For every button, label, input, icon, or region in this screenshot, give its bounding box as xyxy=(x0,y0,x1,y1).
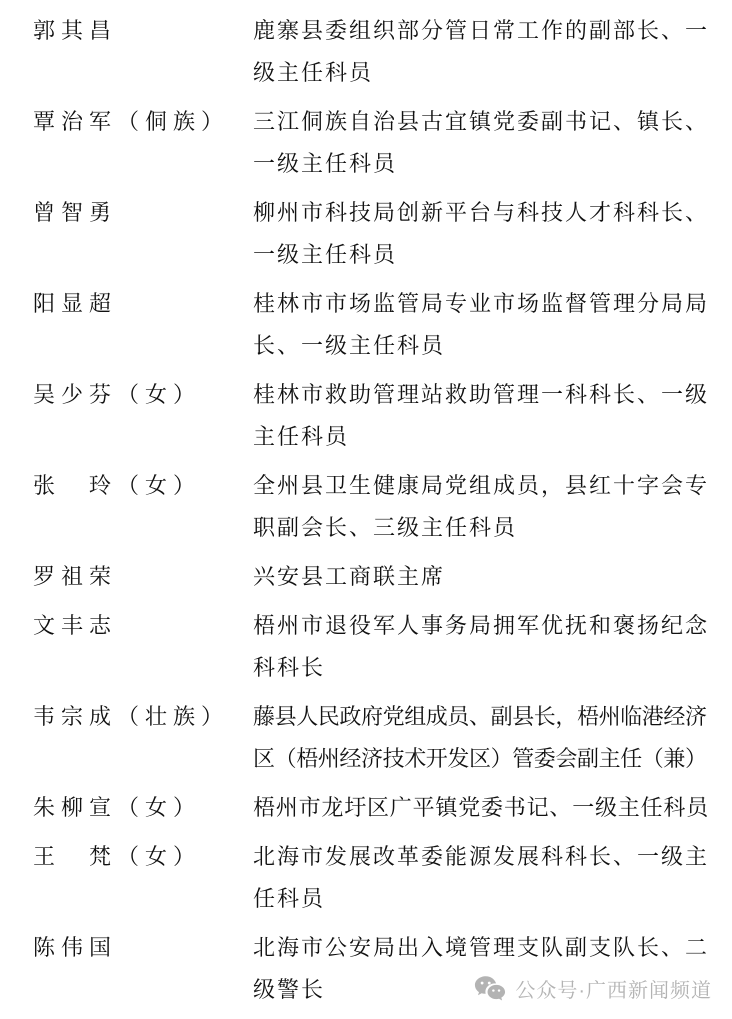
person-position: 桂林市救助管理站救助管理一科科长、一级主任科员 xyxy=(253,374,709,458)
position-line: 鹿寨县委组织部分管日常工作的副部长、一 xyxy=(253,10,709,52)
watermark: 公众号·广西新闻频道 xyxy=(474,974,712,1003)
roster-entry: 覃治军（侗族） 三江侗族自治县古宜镇党委副书记、镇长、一级主任科员 xyxy=(33,101,709,185)
person-position: 梧州市龙圩区广平镇党委书记、一级主任科员 xyxy=(253,787,709,829)
person-position: 三江侗族自治县古宜镇党委副书记、镇长、一级主任科员 xyxy=(253,101,709,185)
position-line: 北海市公安局出入境管理支队副支队长、二 xyxy=(253,927,709,969)
roster-entry: 阳显超 桂林市市场监管局专业市场监督管理分局局长、一级主任科员 xyxy=(33,283,709,367)
person-name: 曾智勇 xyxy=(33,192,253,234)
position-line: 梧州市退役军人事务局拥军优抚和褒扬纪念 xyxy=(253,605,709,647)
person-name: 罗祖荣 xyxy=(33,556,253,598)
roster-list: 郭其昌 鹿寨县委组织部分管日常工作的副部长、一级主任科员 覃治军（侗族） 三江侗… xyxy=(33,10,709,1011)
document-page: 郭其昌 鹿寨县委组织部分管日常工作的副部长、一级主任科员 覃治军（侗族） 三江侗… xyxy=(0,0,732,1019)
position-line: 兴安县工商联主席 xyxy=(253,556,709,598)
position-line: 任科员 xyxy=(253,878,709,920)
watermark-label: 公众号·广西新闻频道 xyxy=(515,974,712,1003)
position-line: 柳州市科技局创新平台与科技人才科科长、 xyxy=(253,192,709,234)
roster-entry: 王 梵（女） 北海市发展改革委能源发展科科长、一级主任科员 xyxy=(33,836,709,920)
person-position: 藤县人民政府党组成员、副县长，梧州临港经济区（梧州经济技术开发区）管委会副主任（… xyxy=(253,696,709,780)
person-name: 陈伟国 xyxy=(33,927,253,969)
roster-entry: 文丰志 梧州市退役军人事务局拥军优抚和褒扬纪念科科长 xyxy=(33,605,709,689)
roster-entry: 罗祖荣 兴安县工商联主席 xyxy=(33,556,709,598)
roster-entry: 吴少芬（女） 桂林市救助管理站救助管理一科科长、一级主任科员 xyxy=(33,374,709,458)
position-line: 一级主任科员 xyxy=(253,234,709,276)
position-line: 北海市发展改革委能源发展科科长、一级主 xyxy=(253,836,709,878)
roster-entry: 朱柳宣（女） 梧州市龙圩区广平镇党委书记、一级主任科员 xyxy=(33,787,709,829)
person-position: 北海市发展改革委能源发展科科长、一级主任科员 xyxy=(253,836,709,920)
person-position: 全州县卫生健康局党组成员，县红十字会专职副会长、三级主任科员 xyxy=(253,465,709,549)
roster-entry: 韦宗成（壮族） 藤县人民政府党组成员、副县长，梧州临港经济区（梧州经济技术开发区… xyxy=(33,696,709,780)
position-line: 全州县卫生健康局党组成员，县红十字会专 xyxy=(253,465,709,507)
position-line: 三江侗族自治县古宜镇党委副书记、镇长、 xyxy=(253,101,709,143)
person-name: 朱柳宣（女） xyxy=(33,787,253,829)
person-name: 王 梵（女） xyxy=(33,836,253,878)
position-line: 桂林市救助管理站救助管理一科科长、一级 xyxy=(253,374,709,416)
position-line: 科科长 xyxy=(253,647,709,689)
person-name: 文丰志 xyxy=(33,605,253,647)
person-name: 张 玲（女） xyxy=(33,465,253,507)
person-name: 韦宗成（壮族） xyxy=(33,696,253,738)
roster-entry: 张 玲（女） 全州县卫生健康局党组成员，县红十字会专职副会长、三级主任科员 xyxy=(33,465,709,549)
person-position: 桂林市市场监管局专业市场监督管理分局局长、一级主任科员 xyxy=(253,283,709,367)
person-name: 郭其昌 xyxy=(33,10,253,52)
position-line: 藤县人民政府党组成员、副县长，梧州临港经济 xyxy=(253,696,709,738)
position-line: 梧州市龙圩区广平镇党委书记、一级主任科员 xyxy=(253,787,709,829)
person-position: 梧州市退役军人事务局拥军优抚和褒扬纪念科科长 xyxy=(253,605,709,689)
person-name: 阳显超 xyxy=(33,283,253,325)
position-line: 区（梧州经济技术开发区）管委会副主任（兼） xyxy=(253,738,709,780)
person-position: 兴安县工商联主席 xyxy=(253,556,709,598)
person-position: 鹿寨县委组织部分管日常工作的副部长、一级主任科员 xyxy=(253,10,709,94)
person-name: 覃治军（侗族） xyxy=(33,101,253,143)
position-line: 一级主任科员 xyxy=(253,143,709,185)
position-line: 桂林市市场监管局专业市场监督管理分局局 xyxy=(253,283,709,325)
wechat-icon xyxy=(474,975,506,1002)
roster-entry: 郭其昌 鹿寨县委组织部分管日常工作的副部长、一级主任科员 xyxy=(33,10,709,94)
position-line: 长、一级主任科员 xyxy=(253,325,709,367)
position-line: 主任科员 xyxy=(253,416,709,458)
roster-entry: 曾智勇 柳州市科技局创新平台与科技人才科科长、一级主任科员 xyxy=(33,192,709,276)
position-line: 级主任科员 xyxy=(253,52,709,94)
position-line: 职副会长、三级主任科员 xyxy=(253,507,709,549)
person-name: 吴少芬（女） xyxy=(33,374,253,416)
person-position: 柳州市科技局创新平台与科技人才科科长、一级主任科员 xyxy=(253,192,709,276)
